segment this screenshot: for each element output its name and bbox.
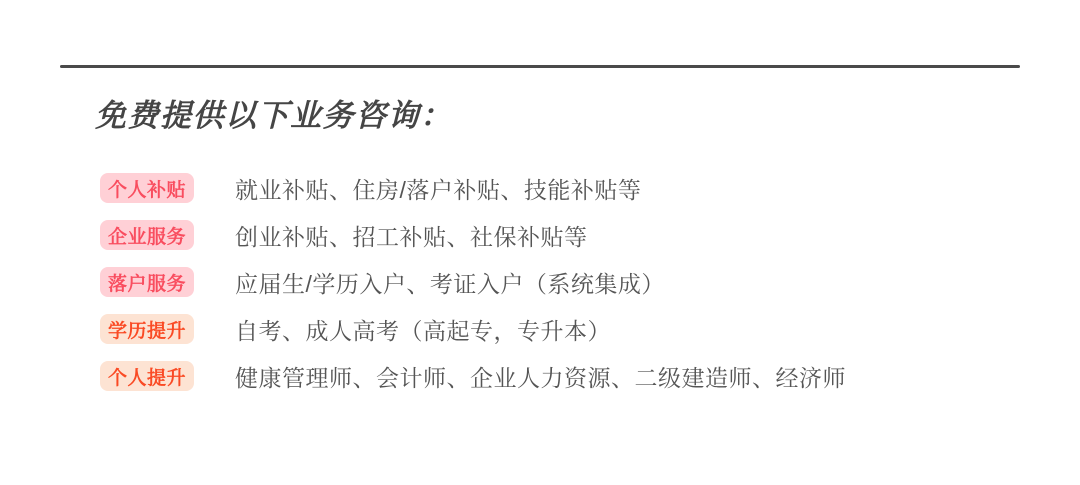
service-row: 个人补贴 就业补贴、住房/落户补贴、技能补贴等: [100, 173, 846, 203]
service-description: 应届生/学历入户、考证入户（系统集成）: [235, 266, 665, 299]
service-badge: 企业服务: [100, 220, 194, 250]
service-description: 自考、成人高考（高起专，专升本）: [235, 313, 611, 346]
service-badge: 个人提升: [100, 361, 194, 391]
consulting-flyer: 免费提供以下业务咨询： 个人补贴 就业补贴、住房/落户补贴、技能补贴等 企业服务…: [0, 0, 1080, 485]
top-divider: [60, 65, 1020, 68]
service-row: 个人提升 健康管理师、会计师、企业人力资源、二级建造师、经济师: [100, 361, 846, 391]
service-badge: 学历提升: [100, 314, 194, 344]
service-list: 个人补贴 就业补贴、住房/落户补贴、技能补贴等 企业服务 创业补贴、招工补贴、社…: [100, 173, 846, 391]
service-description: 健康管理师、会计师、企业人力资源、二级建造师、经济师: [235, 360, 846, 393]
service-badge: 落户服务: [100, 267, 194, 297]
service-badge: 个人补贴: [100, 173, 194, 203]
service-description: 创业补贴、招工补贴、社保补贴等: [235, 219, 588, 252]
page-title: 免费提供以下业务咨询：: [95, 90, 453, 135]
service-row: 落户服务 应届生/学历入户、考证入户（系统集成）: [100, 267, 846, 297]
service-row: 学历提升 自考、成人高考（高起专，专升本）: [100, 314, 846, 344]
service-description: 就业补贴、住房/落户补贴、技能补贴等: [235, 172, 641, 205]
service-row: 企业服务 创业补贴、招工补贴、社保补贴等: [100, 220, 846, 250]
